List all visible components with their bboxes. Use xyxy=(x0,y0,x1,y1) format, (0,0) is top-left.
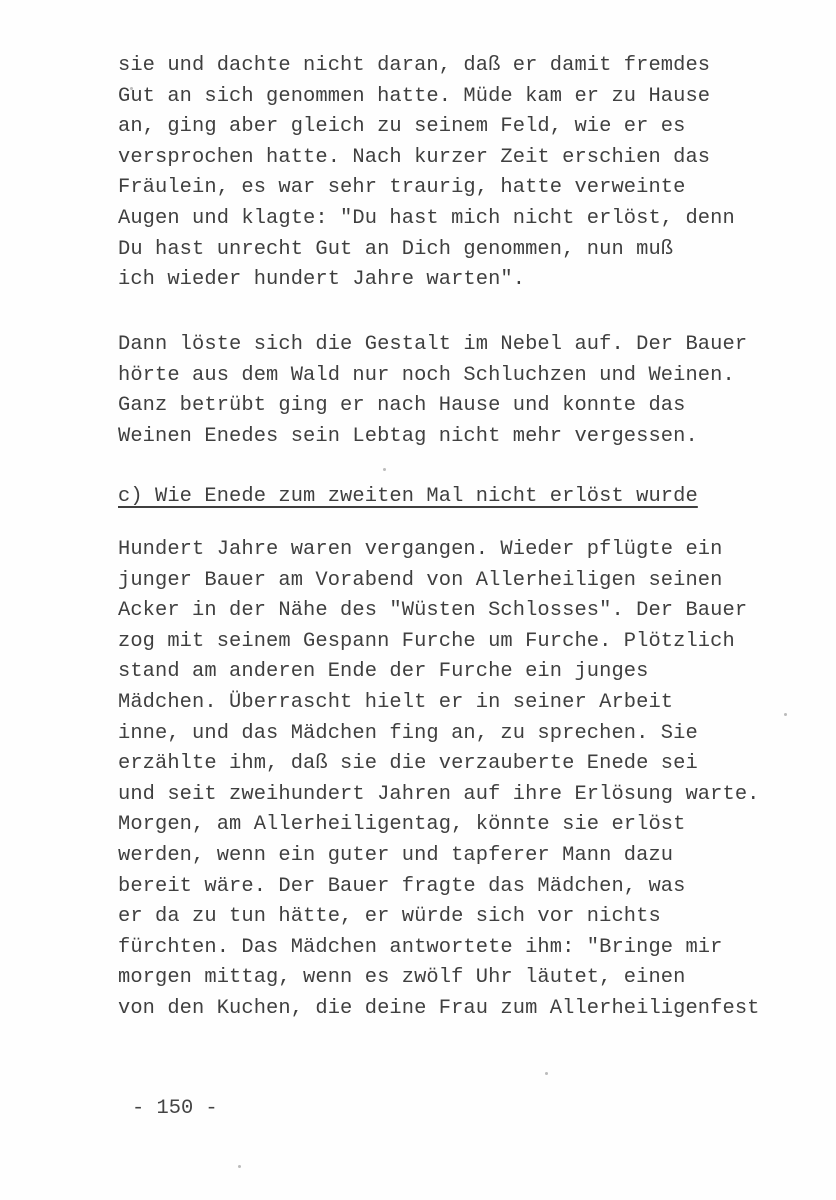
section-heading: c) Wie Enede zum zweiten Mal nicht erlös… xyxy=(118,485,698,509)
text-line: Ganz betrübt ging er nach Hause und konn… xyxy=(118,394,685,418)
text-line: versprochen hatte. Nach kurzer Zeit ersc… xyxy=(118,146,710,170)
text-line: an, ging aber gleich zu seinem Feld, wie… xyxy=(118,115,685,139)
text-line: Fräulein, es war sehr traurig, hatte ver… xyxy=(118,176,685,200)
text-line: hörte aus dem Wald nur noch Schluchzen u… xyxy=(118,364,735,388)
text-line: zog mit seinem Gespann Furche um Furche.… xyxy=(118,630,735,654)
text-line: Hundert Jahre waren vergangen. Wieder pf… xyxy=(118,538,722,562)
text-line: erzählte ihm, daß sie die verzauberte En… xyxy=(118,752,698,776)
scan-speck xyxy=(238,1165,241,1168)
scan-speck xyxy=(784,713,787,716)
page-number: - 150 - xyxy=(132,1097,218,1120)
text-line: und seit zweihundert Jahren auf ihre Erl… xyxy=(118,783,760,807)
text-line: bereit wäre. Der Bauer fragte das Mädche… xyxy=(118,875,685,899)
text-line: Augen und klagte: "Du hast mich nicht er… xyxy=(118,207,735,231)
scan-speck xyxy=(545,1072,548,1075)
text-line: junger Bauer am Vorabend von Allerheilig… xyxy=(118,569,722,593)
text-line: werden, wenn ein guter und tapferer Mann… xyxy=(118,844,673,868)
text-line: sie und dachte nicht daran, daß er damit… xyxy=(118,54,710,78)
text-line: Morgen, am Allerheiligentag, könnte sie … xyxy=(118,813,685,837)
scan-speck xyxy=(383,468,386,471)
text-line: ich wieder hundert Jahre warten". xyxy=(118,268,525,292)
text-line: morgen mittag, wenn es zwölf Uhr läutet,… xyxy=(118,966,685,990)
text-line: inne, und das Mädchen fing an, zu sprech… xyxy=(118,722,698,746)
text-line: fürchten. Das Mädchen antwortete ihm: "B… xyxy=(118,936,722,960)
text-line: Du hast unrecht Gut an Dich genommen, nu… xyxy=(118,238,673,262)
text-line: Mädchen. Überrascht hielt er in seiner A… xyxy=(118,691,673,715)
text-line: von den Kuchen, die deine Frau zum Aller… xyxy=(118,997,760,1021)
text-line: Weinen Enedes sein Lebtag nicht mehr ver… xyxy=(118,425,698,449)
text-line: Dann löste sich die Gestalt im Nebel auf… xyxy=(118,333,747,357)
text-line: er da zu tun hätte, er würde sich vor ni… xyxy=(118,905,661,929)
text-line: Gut an sich genommen hatte. Müde kam er … xyxy=(118,85,710,109)
scan-speck xyxy=(130,87,133,90)
text-line: stand am anderen Ende der Furche ein jun… xyxy=(118,660,648,684)
document-page: sie und dachte nicht daran, daß er damit… xyxy=(0,0,836,1200)
text-line: Acker in der Nähe des "Wüsten Schlosses"… xyxy=(118,599,747,623)
